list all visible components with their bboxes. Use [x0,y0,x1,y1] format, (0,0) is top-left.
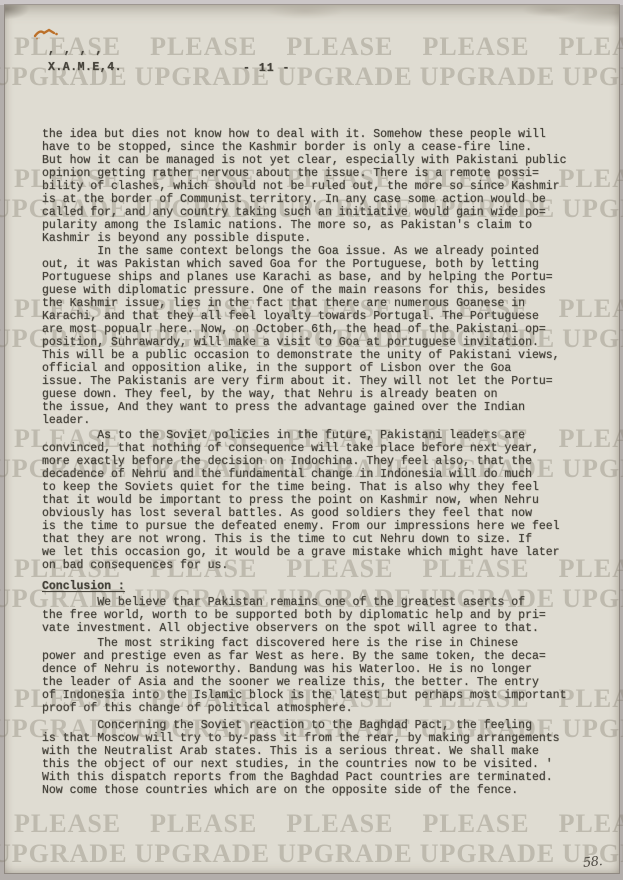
document-reference: X.A.M.E,4. [48,61,122,74]
orange-scribble-icon [33,26,60,46]
paragraph: Concerning the Soviet reaction to the Ba… [42,719,587,797]
paragraph: The most striking fact discovered here i… [42,637,587,715]
paragraph: As to the Soviet policies in the future,… [42,429,587,572]
paragraph: In the same context belongs the Goa issu… [42,245,587,427]
paragraph: the idea but dies not know how to deal w… [42,128,587,245]
handwritten-page-number: 58. [582,854,603,871]
conclusion-heading: Conclusion : [42,580,587,593]
page-number: - 11 - [243,62,290,75]
paragraph: We believe thar Pakistan remains one of … [42,596,587,635]
body-text: the idea but dies not know how to deal w… [42,128,587,797]
document-scan: PLEASEPLEASEPLEASEPLEASEPLEASEUPGRADEUPG… [0,0,623,880]
